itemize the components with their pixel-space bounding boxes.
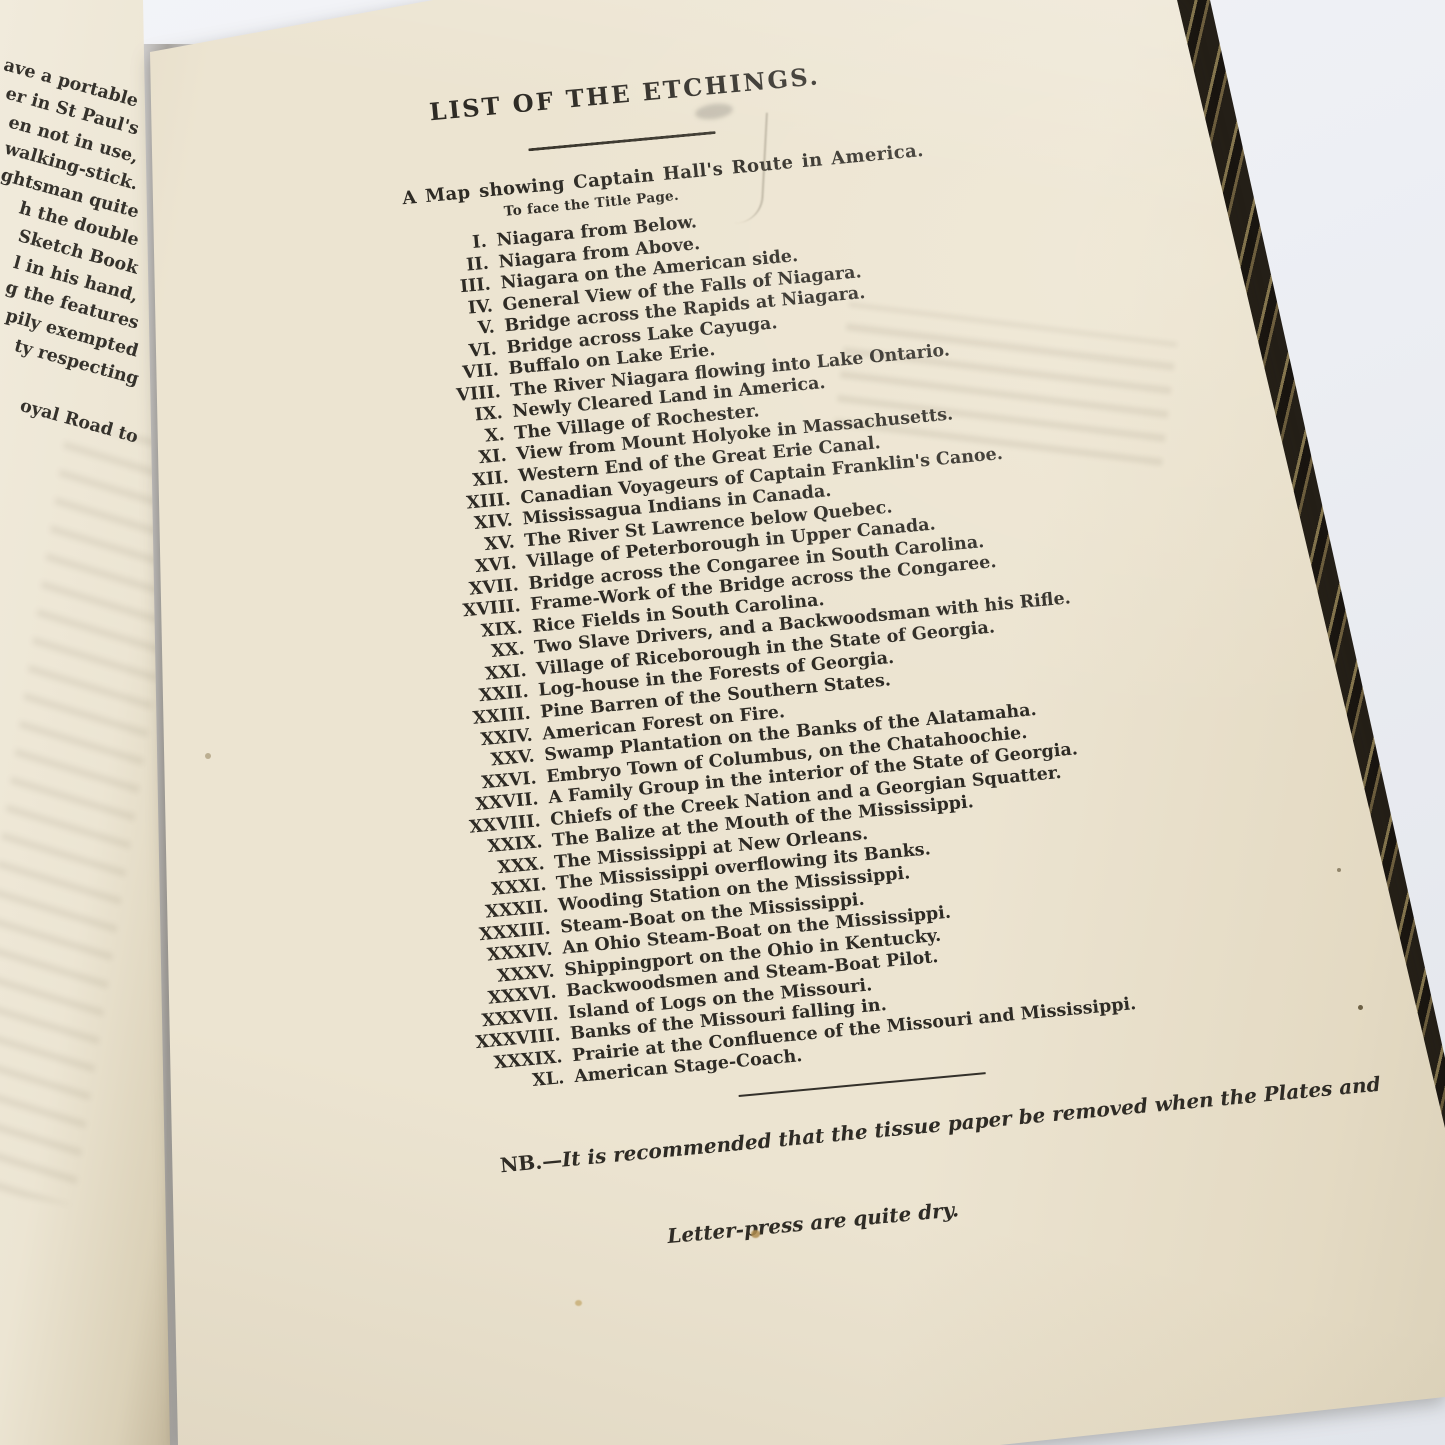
etching-title: The Village of Rochester. <box>514 401 761 445</box>
etching-numeral: XXXII. <box>197 896 559 951</box>
etching-item: XXVII.A Family Group in the interior of … <box>187 736 1113 843</box>
etching-title: Island of Logs on the Missouri. <box>567 975 873 1025</box>
etching-item: XXXIV.An Ohio Steam-Boat on the Mississi… <box>201 886 1127 993</box>
etching-item: XXXI.The Mississippi overflowing its Ban… <box>195 822 1121 929</box>
etching-item: XIII.Canadian Voyageurs of Captain Frank… <box>159 436 1085 543</box>
nb-note-line1: NB.—It is recommended that the tissue pa… <box>499 1072 1382 1178</box>
etching-title: Bridge across Lake Cayuga. <box>506 313 779 360</box>
etching-title: General View of the Falls of Niagara. <box>502 262 863 317</box>
etching-numeral: XIII. <box>159 488 521 543</box>
foxing-speck <box>1358 1005 1363 1010</box>
show-through-text-blur <box>833 302 1177 473</box>
etching-numeral: X. <box>153 424 515 479</box>
etching-numeral: XXXVII. <box>207 1003 569 1058</box>
page-content: LIST OF THE ETCHINGS. A Map showing Capt… <box>118 0 1313 1372</box>
etching-item: XVI.Village of Peterborough in Upper Can… <box>165 500 1091 607</box>
nb-note-text: It is recommended that the tissue paper … <box>561 1072 1382 1172</box>
etching-item: XII.Western End of the Great Erie Canal. <box>157 414 1083 521</box>
etching-numeral: I. <box>135 231 497 286</box>
etching-item: XXXVI.Backwoodsmen and Steam-Boat Pilot. <box>205 929 1131 1036</box>
etching-title: Village of Riceborough in the State of G… <box>536 617 996 681</box>
etching-item: XIX.Rice Fields in South Carolina. <box>171 565 1097 672</box>
etching-item: XXXVIII.Banks of the Missouri falling in… <box>209 972 1135 1079</box>
right-page-wrap: LIST OF THE ETCHINGS. A Map showing Capt… <box>0 0 1445 1445</box>
etching-numeral: XXXIII. <box>199 917 561 972</box>
etching-item: XXXII.Wooding Station on the Mississippi… <box>197 844 1123 951</box>
etching-title: The Balize at the Mouth of the Mississip… <box>551 792 974 853</box>
etching-numeral: XIV. <box>161 510 523 565</box>
etchings-list: I.Niagara from Below.II.Niagara from Abo… <box>135 178 1139 1122</box>
etching-title: Pine Barren of the Southern States. <box>540 670 892 724</box>
nb-note-prefix: NB.— <box>499 1148 563 1178</box>
etching-title: Two Slave Drivers, and a Backwoodsman wi… <box>534 589 1072 660</box>
book-photo: ave a portableer in St Paul'sen not in u… <box>0 0 1445 1445</box>
etching-item: XXXVII.Island of Logs on the Missouri. <box>207 951 1133 1058</box>
etching-item: III.Niagara on the American side. <box>139 221 1065 328</box>
etching-item: VI.Bridge across Lake Cayuga. <box>145 286 1071 393</box>
etching-title: Village of Peterborough in Upper Canada. <box>526 515 937 574</box>
etching-numeral: IX. <box>151 402 513 457</box>
etching-item: VII.Buffalo on Lake Erie. <box>147 307 1073 414</box>
etching-numeral: XX. <box>173 638 535 693</box>
etching-title: Newly Cleared Land in America. <box>512 373 827 423</box>
etching-title: Frame-Work of the Bridge across the Cong… <box>530 552 998 617</box>
etching-item: VIII.The River Niagara flowing into Lake… <box>149 329 1075 436</box>
map-note-placement: To face the Title Page. <box>503 188 679 220</box>
etching-title: The River St Lawrence below Quebec. <box>524 497 894 553</box>
etching-item: XXIV.American Forest on Fire. <box>181 672 1107 779</box>
etching-item: IV.General View of the Falls of Niagara. <box>141 243 1067 350</box>
etching-item: XXX.The Mississippi at New Orleans. <box>193 801 1119 908</box>
etching-title: The Mississippi overflowing its Banks. <box>555 840 931 896</box>
etching-numeral: XXXI. <box>195 874 557 929</box>
etching-numeral: XXIX. <box>191 831 553 886</box>
etching-title: Swamp Plantation on the Banks of the Ala… <box>543 700 1037 767</box>
etching-numeral: XV. <box>163 531 525 586</box>
etching-item: V.Bridge across the Rapids at Niagara. <box>143 264 1069 371</box>
etching-title: Log-house in the Forests of Georgia. <box>538 648 896 702</box>
horizontal-rule <box>739 1072 986 1097</box>
etching-numeral: XXXIV. <box>201 939 563 994</box>
etching-numeral: II. <box>137 252 499 307</box>
etching-title: Western End of the Great Erie Canal. <box>518 433 882 488</box>
etching-title: Wooding Station on the Mississippi. <box>557 863 911 917</box>
etching-numeral: XXXVI. <box>205 982 567 1037</box>
etching-item: XI.View from Mount Holyoke in Massachuse… <box>155 393 1081 500</box>
etching-item: XL.American Stage-Coach. <box>213 1015 1139 1122</box>
etching-title: Chiefs of the Creek Nation and a Georgia… <box>549 763 1062 832</box>
etching-title: Shippingport on the Ohio in Kentucky. <box>563 925 942 981</box>
etching-item: II.Niagara from Above. <box>137 200 1063 307</box>
etching-item: XXXIII.Steam-Boat on the Mississippi. <box>199 865 1125 972</box>
etching-title: Niagara from Below. <box>496 212 698 252</box>
etching-title: American Stage-Coach. <box>573 1046 803 1089</box>
map-note: A Map showing Captain Hall's Route in Am… <box>401 140 924 209</box>
etching-numeral: VI. <box>145 338 507 393</box>
etching-title: Bridge across the Rapids at Niagara. <box>504 283 867 338</box>
etching-title: An Ohio Steam-Boat on the Mississippi. <box>561 903 952 960</box>
etching-item: XX.Two Slave Drivers, and a Backwoodsman… <box>173 586 1099 693</box>
etching-numeral: XXVII. <box>187 789 549 844</box>
etching-title: Banks of the Missouri falling in. <box>569 995 887 1046</box>
foxing-speck <box>205 753 211 759</box>
right-page: LIST OF THE ETCHINGS. A Map showing Capt… <box>0 0 1445 1445</box>
etching-title: Backwoodsmen and Steam-Boat Pilot. <box>565 947 939 1003</box>
etching-title: Prairie at the Confluence of the Missour… <box>571 994 1137 1068</box>
etching-numeral: XXVIII. <box>189 810 551 865</box>
etching-item: XXVIII.Chiefs of the Creek Nation and a … <box>189 758 1115 865</box>
etching-item: XIV.Mississagua Indians in Canada. <box>161 457 1087 564</box>
ink-smudge <box>694 101 734 121</box>
etching-numeral: XVIII. <box>169 595 531 650</box>
etching-item: IX.Newly Cleared Land in America. <box>151 350 1077 457</box>
etching-title: Niagara on the American side. <box>500 246 799 295</box>
etching-item: XXXV.Shippingport on the Ohio in Kentuck… <box>203 908 1129 1015</box>
etching-numeral: XXXV. <box>203 960 565 1015</box>
etching-title: The Mississippi at New Orleans. <box>553 824 869 875</box>
etching-title: View from Mount Holyoke in Massachusetts… <box>516 405 954 467</box>
etching-numeral: IV. <box>141 295 503 350</box>
etching-numeral: XII. <box>157 467 519 522</box>
etching-numeral: XXV. <box>183 746 545 801</box>
etching-title: A Family Group in the interior of the St… <box>547 739 1078 810</box>
etching-numeral: V. <box>143 317 505 372</box>
etching-title: Rice Fields in South Carolina. <box>532 590 826 639</box>
etching-title: Steam-Boat on the Mississippi. <box>559 889 865 939</box>
etching-item: XXVI.Embryo Town of Columbus, on the Cha… <box>185 715 1111 822</box>
etching-numeral: VII. <box>147 359 509 414</box>
nb-note-line2: Letter-press are quite dry. <box>666 1197 960 1248</box>
etching-item: XXXIX.Prairie at the Confluence of the M… <box>211 994 1137 1101</box>
foxing-speck <box>1337 868 1341 872</box>
etching-title: Canadian Voyageurs of Captain Franklin's… <box>520 443 1004 509</box>
etching-numeral: XL. <box>213 1067 575 1122</box>
foxing-speck <box>751 1230 760 1238</box>
etching-title: American Forest on Fire. <box>542 702 786 746</box>
etching-title: Buffalo on Lake Erie. <box>508 340 717 381</box>
etching-item: XXV.Swamp Plantation on the Banks of the… <box>183 693 1109 800</box>
page-title: LIST OF THE ETCHINGS. <box>122 33 1126 155</box>
etching-item: XXII.Log-house in the Forests of Georgia… <box>177 629 1103 736</box>
etching-item: XVII.Bridge across the Congaree in South… <box>167 522 1093 629</box>
etching-numeral: XXVI. <box>185 767 547 822</box>
etching-numeral: XXX. <box>193 853 555 908</box>
foxing-speck <box>575 1300 582 1306</box>
etching-title: Niagara from Above. <box>498 234 701 274</box>
etching-item: XV.The River St Lawrence below Quebec. <box>163 479 1089 586</box>
etching-title: The River Niagara flowing into Lake Onta… <box>510 340 951 402</box>
etching-item: XXIII.Pine Barren of the Southern States… <box>179 650 1105 757</box>
scratch-mark <box>734 111 768 224</box>
etching-numeral: XXXIX. <box>211 1046 573 1101</box>
etching-item: XXI.Village of Riceborough in the State … <box>175 608 1101 715</box>
etching-numeral: XXXVIII. <box>209 1025 571 1080</box>
etching-numeral: XIX. <box>171 617 533 672</box>
etching-numeral: XXIV. <box>181 724 543 779</box>
etching-numeral: XI. <box>155 445 517 500</box>
etching-title: Embryo Town of Columbus, on the Chatahoo… <box>545 723 1028 789</box>
etching-numeral: XXI. <box>175 660 537 715</box>
etching-item: I.Niagara from Below. <box>135 178 1061 285</box>
etching-title: Bridge across the Congaree in South Caro… <box>528 532 986 596</box>
etching-numeral: XVII. <box>167 574 529 629</box>
etching-title: Mississagua Indians in Canada. <box>522 481 833 531</box>
etching-numeral: III. <box>139 274 501 329</box>
horizontal-rule <box>528 131 715 151</box>
etching-item: X.The Village of Rochester. <box>153 372 1079 479</box>
etching-item: XXIX.The Balize at the Mouth of the Miss… <box>191 779 1117 886</box>
etching-numeral: XVI. <box>165 553 527 608</box>
etching-numeral: XXIII. <box>179 703 541 758</box>
etching-item: XVIII.Frame-Work of the Bridge across th… <box>169 543 1095 650</box>
etching-numeral: XXII. <box>177 681 539 736</box>
etching-numeral: VIII. <box>149 381 511 436</box>
